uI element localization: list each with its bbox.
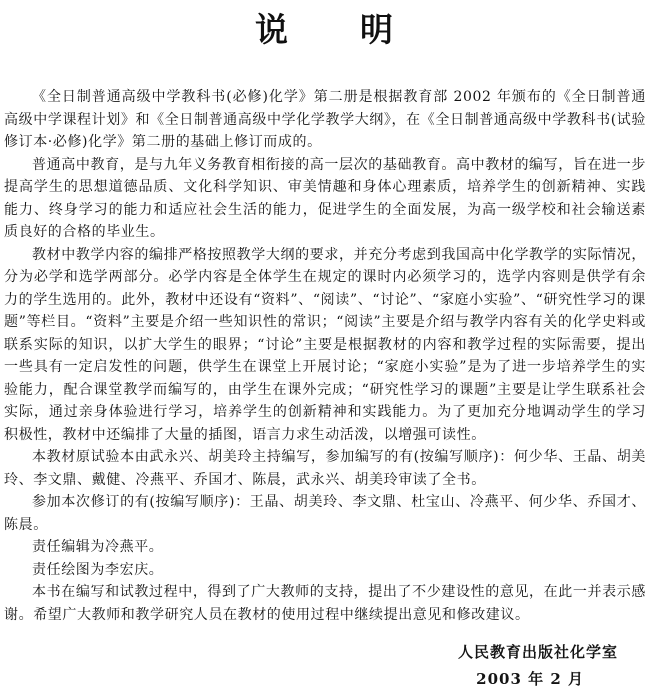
document-body: 《全日制普通高级中学教科书(必修)化学》第二册是根据教育部 2002 年颁布的《… [4,86,646,626]
paragraph-acknowledgement: 本书在编写和试教过程中，得到了广大教师的支持，提出了不少建设性的意见，在此一并表… [4,581,646,626]
paragraph-original-authors: 本教材原试验本由武永兴、胡美玲主持编写，参加编写的有(按编写顺序)：何少华、王晶… [4,446,646,491]
paragraph-responsible-editor: 责任编辑为冷燕平。 [4,536,646,559]
paragraph-responsible-illustrator: 责任绘图为李宏庆。 [4,559,646,582]
page-title: 说 明 [4,8,646,52]
paragraph-revision-authors: 参加本次修订的有(按编写顺序)：王晶、胡美玲、李文鼎、杜宝山、冷燕平、何少华、乔… [4,491,646,536]
paragraph-intro: 《全日制普通高级中学教科书(必修)化学》第二册是根据教育部 2002 年颁布的《… [4,86,646,154]
signature-date: 2003 年 2 月 [4,669,646,689]
paragraph-content-arrangement: 教材中教学内容的编排严格按照教学大纲的要求，并充分考虑到我国高中化学教学的实际情… [4,244,646,447]
signature-block: 人民教育出版社化学室 2003 年 2 月 [4,642,646,689]
document-page: 说 明 《全日制普通高级中学教科书(必修)化学》第二册是根据教育部 2002 年… [0,0,650,694]
signature-organization: 人民教育出版社化学室 [4,642,646,662]
paragraph-education-goal: 普通高中教育，是与九年义务教育相衔接的高一层次的基础教育。高中教材的编写，旨在进… [4,154,646,244]
